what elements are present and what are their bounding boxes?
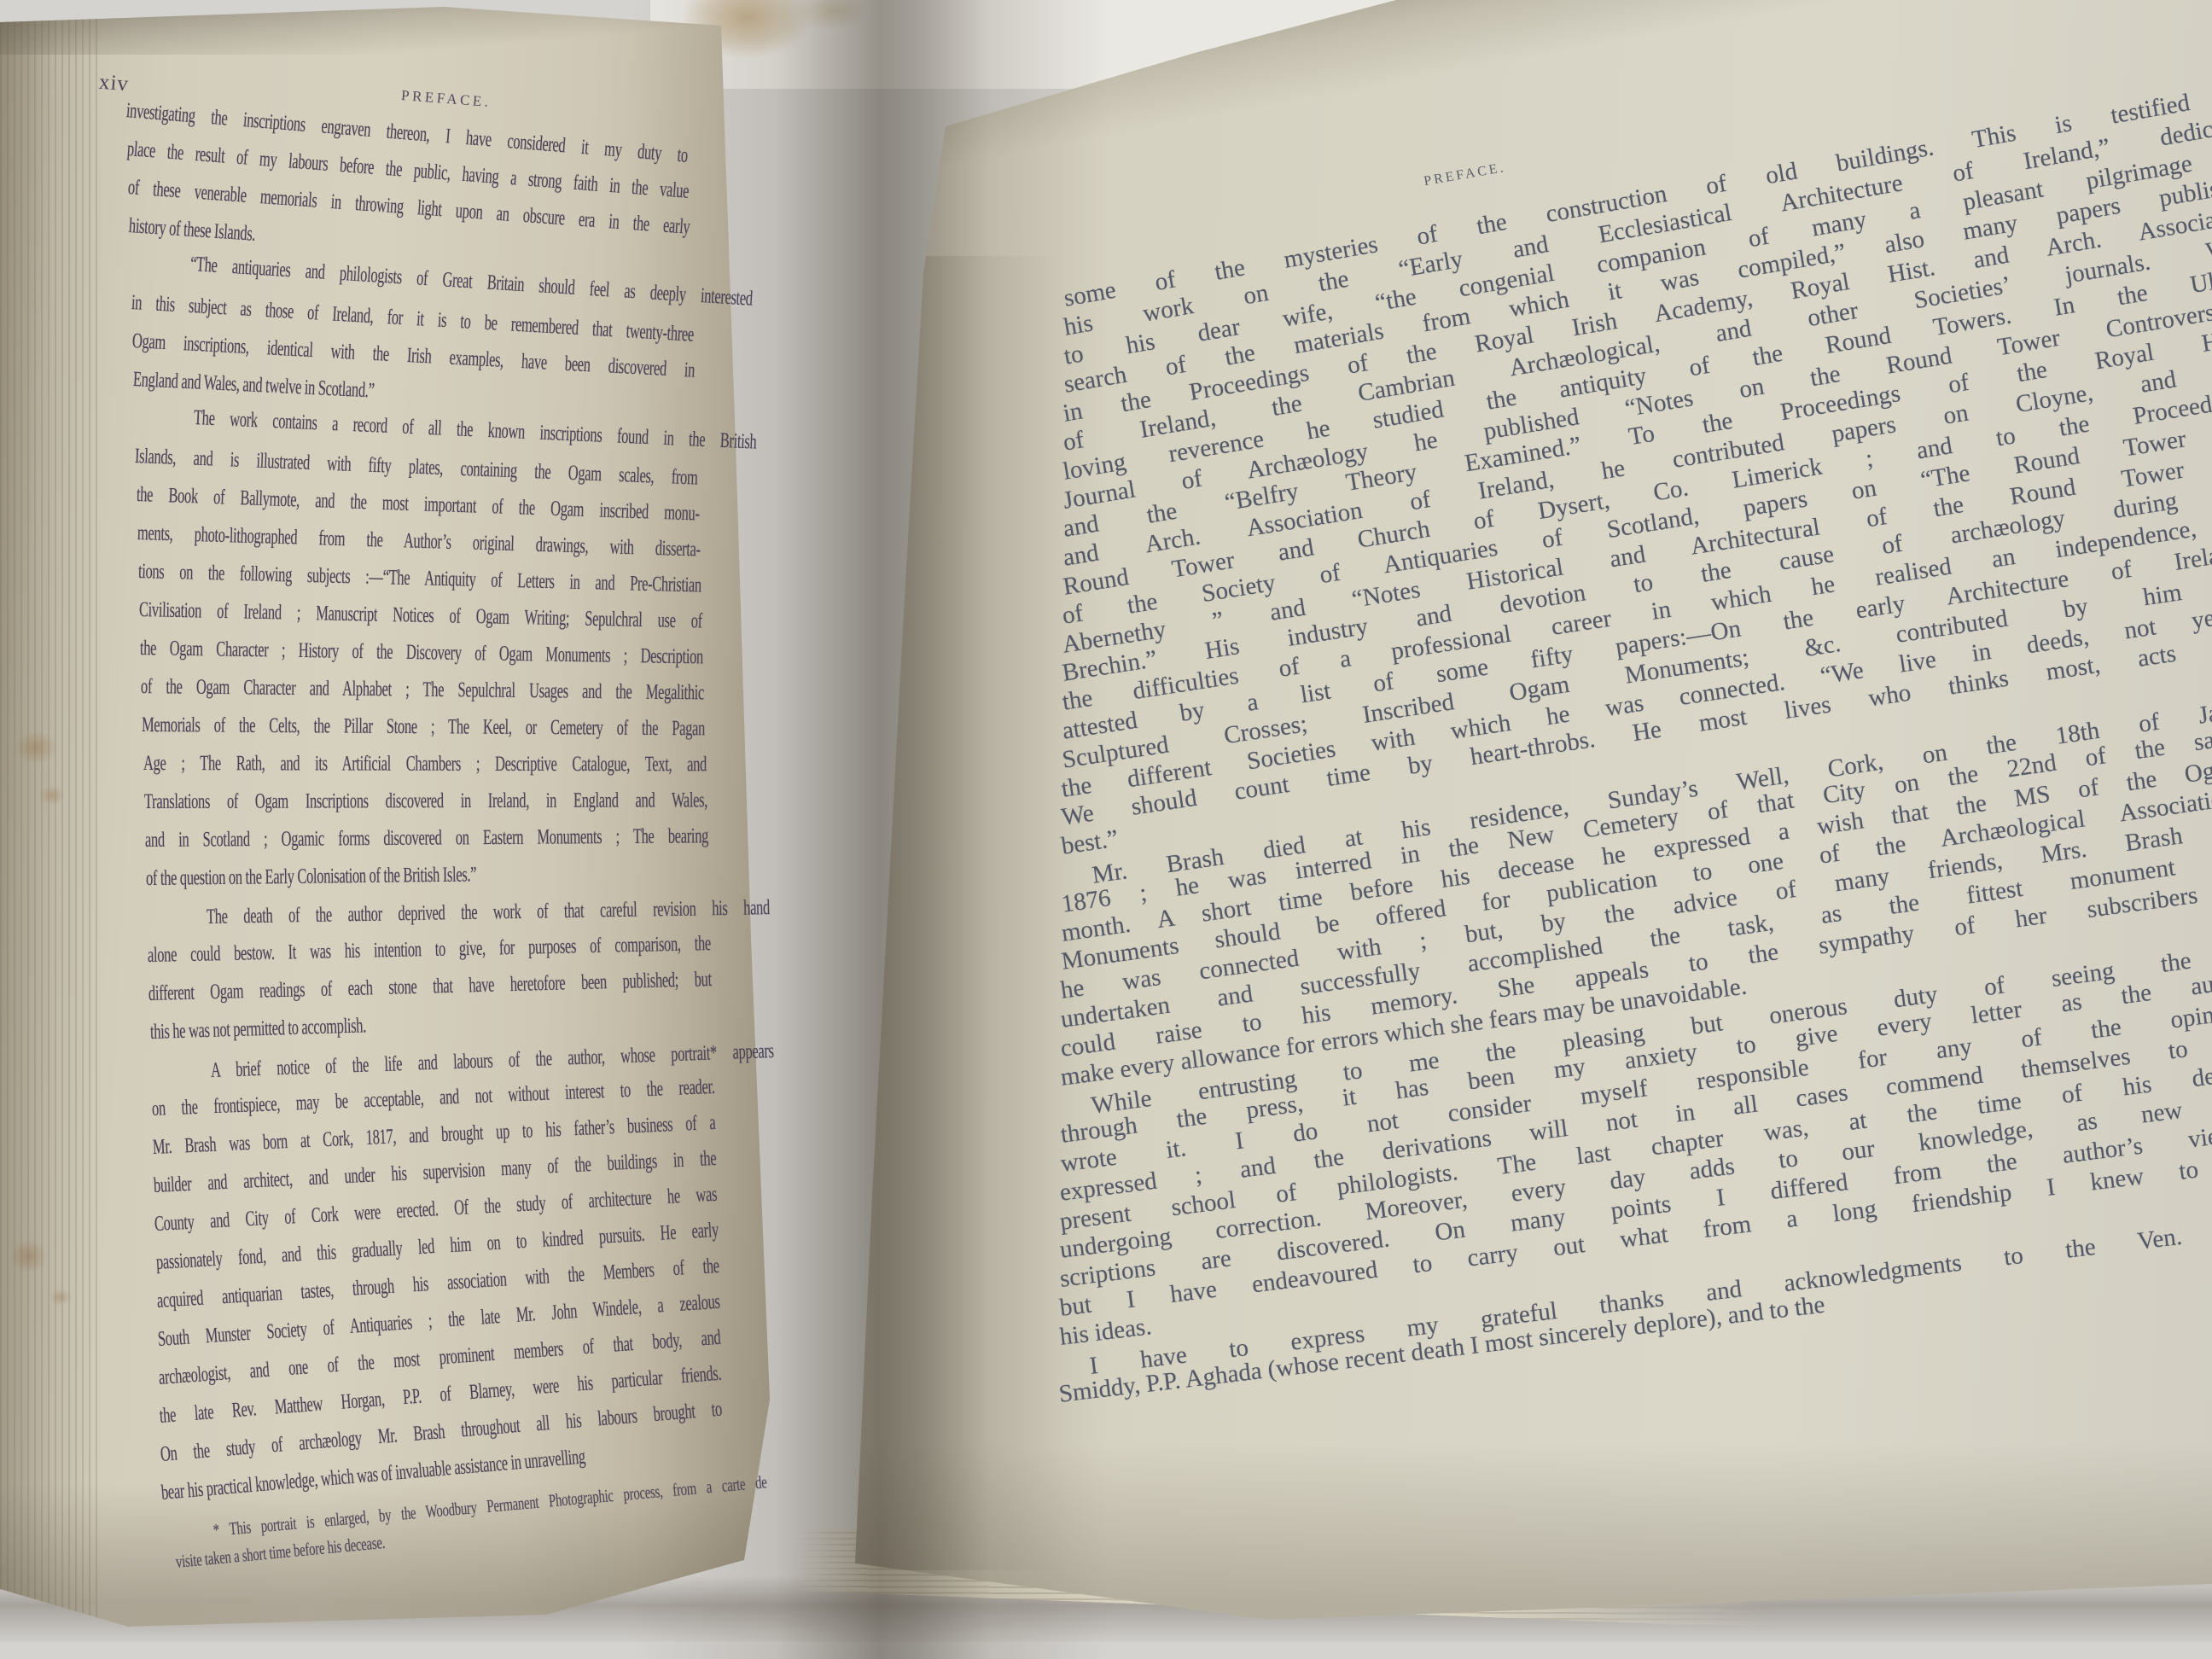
text-line: Age ; The Rath, and its Artificial Chamb… — [143, 752, 707, 777]
foxing-spot — [14, 731, 58, 765]
text-line: Memorials of the Celts, the Pillar Stone… — [142, 713, 705, 741]
text-line: Translations of Ogam Inscriptions discov… — [144, 789, 707, 814]
page-fore-edge-stack — [0, 15, 102, 1628]
foxing-spot — [49, 1289, 72, 1306]
text-line: and in Scotland ; Ogamic forms discovere… — [145, 824, 708, 853]
foxing-spot — [9, 1239, 48, 1273]
foxing-spot — [39, 785, 65, 806]
book-photo: { "colors": { "paper_left": "#d2ccbb", "… — [0, 0, 2212, 1659]
page-number: xiv — [98, 71, 130, 97]
page-top-edge — [0, 0, 734, 55]
